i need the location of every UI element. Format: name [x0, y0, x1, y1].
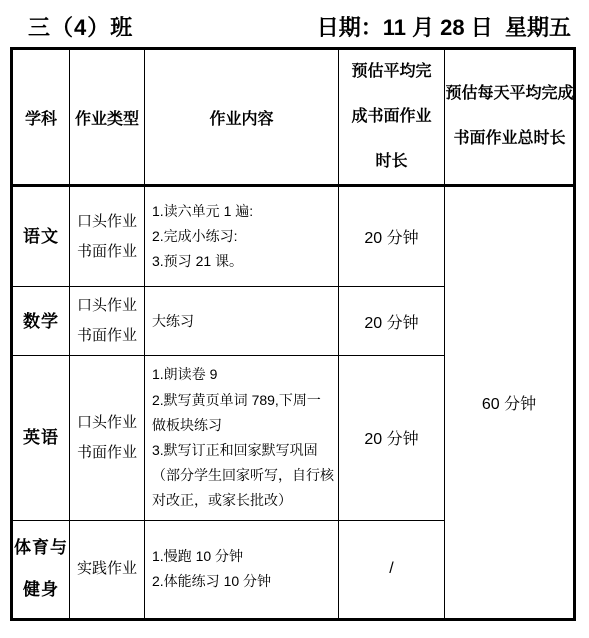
content-item: 1.朗读卷 9: [152, 362, 334, 387]
subject-label: 数学: [13, 301, 69, 343]
content-item: 2.默写黄页单词 789,下周一做板块练习: [152, 388, 334, 438]
subject-label: 语文: [13, 216, 69, 258]
header-homework-content: 作业内容: [145, 49, 339, 186]
duration-cell-chinese: 20 分钟: [339, 186, 445, 287]
type-cell-chinese: 口头作业 书面作业: [70, 186, 145, 287]
type-cell-english: 口头作业 书面作业: [70, 356, 145, 520]
type-line: 书面作业: [70, 321, 144, 351]
content-item: 3.默写订正和回家默写巩固（部分学生回家听写，自行核对改正，或家长批改）: [152, 438, 334, 514]
title-bar: 三（4）班 日期：11 月 28 日 星期五: [0, 0, 589, 47]
header-estimated-daily-total: 预估每天平均完成书面作业总时长: [445, 49, 575, 186]
subject-label: 健身: [13, 569, 69, 611]
content-item: 大练习: [152, 309, 334, 334]
content-item: 1.读六单元 1 遍:: [152, 199, 334, 224]
header-estimated-written-time-text: 预估平均完成书面作业时长: [350, 50, 434, 184]
content-item: 3.预习 21 课。: [152, 249, 334, 274]
content-cell-math: 大练习: [145, 287, 339, 356]
type-line: 书面作业: [70, 438, 144, 468]
homework-sheet: 三（4）班 日期：11 月 28 日 星期五 学科 作业类型 作业内容 预估平均…: [0, 0, 589, 638]
table-row-chinese: 语文 口头作业 书面作业 1.读六单元 1 遍: 2.完成小练习: 3.预习 2…: [12, 186, 575, 287]
header-estimated-written-time: 预估平均完成书面作业时长: [339, 49, 445, 186]
type-line: 书面作业: [70, 237, 144, 267]
type-line: 口头作业: [70, 291, 144, 321]
type-cell-math: 口头作业 书面作业: [70, 287, 145, 356]
type-cell-pe: 实践作业: [70, 520, 145, 619]
subject-cell-english: 英语: [12, 356, 70, 520]
content-cell-english: 1.朗读卷 9 2.默写黄页单词 789,下周一做板块练习 3.默写订正和回家默…: [145, 356, 339, 520]
duration-cell-pe: /: [339, 520, 445, 619]
header-homework-type: 作业类型: [70, 49, 145, 186]
subject-cell-pe: 体育与 健身: [12, 520, 70, 619]
header-row: 学科 作业类型 作业内容 预估平均完成书面作业时长 预估每天平均完成书面作业总时…: [12, 49, 575, 186]
date-label: 日期：11 月 28 日 星期五: [317, 11, 571, 42]
duration-cell-math: 20 分钟: [339, 287, 445, 356]
type-line: 口头作业: [70, 207, 144, 237]
homework-table: 学科 作业类型 作业内容 预估平均完成书面作业时长 预估每天平均完成书面作业总时…: [10, 47, 576, 621]
content-item: 1.慢跑 10 分钟: [152, 544, 334, 569]
subject-label: 体育与: [13, 527, 69, 569]
header-subject: 学科: [12, 49, 70, 186]
type-line: 口头作业: [70, 408, 144, 438]
subject-cell-math: 数学: [12, 287, 70, 356]
class-name-label: 三（4）班: [28, 11, 133, 42]
daily-total-cell: 60 分钟: [445, 186, 575, 619]
content-cell-chinese: 1.读六单元 1 遍: 2.完成小练习: 3.预习 21 课。: [145, 186, 339, 287]
content-cell-pe: 1.慢跑 10 分钟 2.体能练习 10 分钟: [145, 520, 339, 619]
subject-cell-chinese: 语文: [12, 186, 70, 287]
type-line: 实践作业: [70, 554, 144, 584]
content-item: 2.完成小练习:: [152, 224, 334, 249]
header-estimated-daily-total-text: 预估每天平均完成书面作业总时长: [445, 72, 574, 162]
duration-cell-english: 20 分钟: [339, 356, 445, 520]
content-item: 2.体能练习 10 分钟: [152, 569, 334, 594]
subject-label: 英语: [13, 417, 69, 459]
